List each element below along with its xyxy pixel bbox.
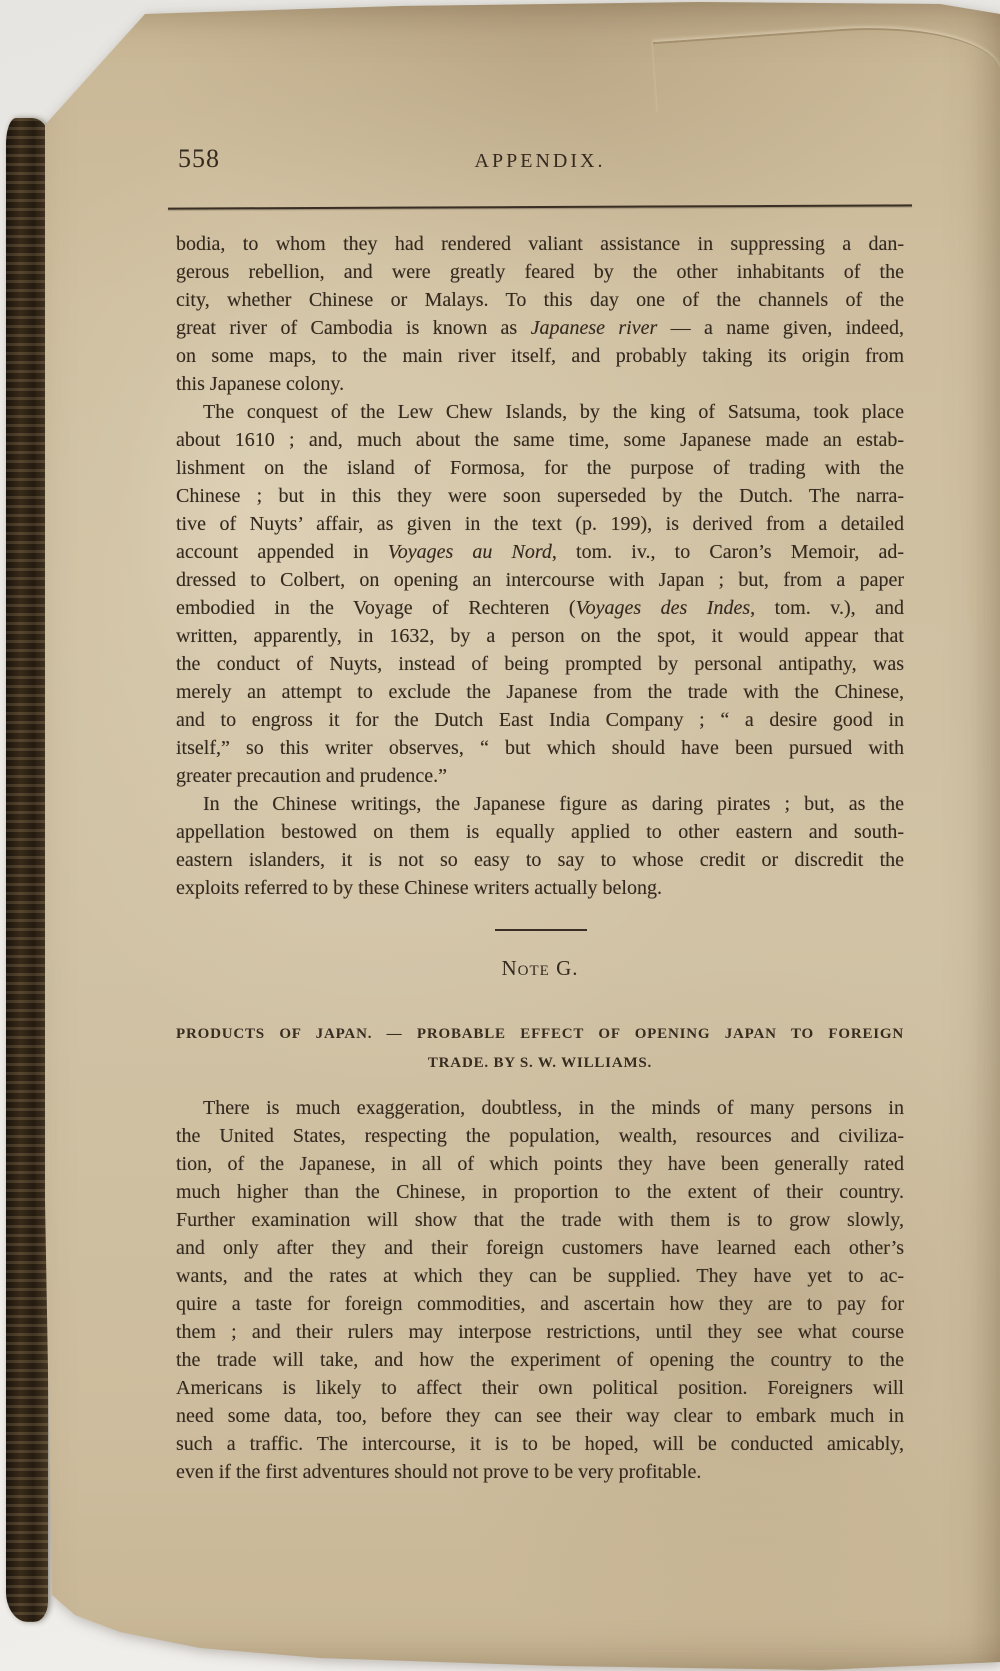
text-line: on some maps, to the main river itself, … bbox=[176, 342, 904, 370]
text-line: The conquest of the Lew Chew Islands, by… bbox=[176, 398, 904, 426]
text-line: even if the first adventures should not … bbox=[176, 1458, 904, 1486]
text-line: about 1610 ; and, much about the same ti… bbox=[176, 426, 904, 454]
paragraph: bodia, to whom they had rendered valiant… bbox=[176, 230, 904, 398]
scanned-page: 558 APPENDIX. bodia, to whom they had re… bbox=[0, 0, 1000, 1671]
text-line: gerous rebellion, and were greatly feare… bbox=[176, 258, 904, 286]
text-line: Chinese ; but in this they were soon sup… bbox=[176, 482, 904, 510]
text-line: much higher than the Chinese, in proport… bbox=[176, 1178, 904, 1206]
note-subheading-line: TRADE. BY S. W. WILLIAMS. bbox=[176, 1049, 904, 1078]
text-line: bodia, to whom they had rendered valiant… bbox=[176, 230, 904, 258]
text-line: In the Chinese writings, the Japanese fi… bbox=[176, 790, 904, 818]
corner-fold-crease bbox=[653, 18, 1000, 114]
text-line: exploits referred to by these Chinese wr… bbox=[176, 874, 904, 902]
text-line: greater precaution and prudence.” bbox=[176, 762, 904, 790]
text-line: written, apparently, in 1632, by a perso… bbox=[176, 622, 904, 650]
text-line: Further examination will show that the t… bbox=[176, 1206, 904, 1234]
text-line: such a traffic. The intercourse, it is t… bbox=[176, 1430, 904, 1458]
text-line: There is much exaggeration, doubtless, i… bbox=[176, 1094, 904, 1122]
text-line: need some data, too, before they can see… bbox=[176, 1402, 904, 1430]
text-line: this Japanese colony. bbox=[176, 370, 904, 398]
note-text-block: There is much exaggeration, doubtless, i… bbox=[176, 1094, 904, 1486]
text-line: the trade will take, and how the experim… bbox=[176, 1346, 904, 1374]
note-subheading: PRODUCTS OF JAPAN. — PROBABLE EFFECT OF … bbox=[176, 1020, 904, 1078]
text-line: merely an attempt to exclude the Japanes… bbox=[176, 678, 904, 706]
note-heading: Note G. bbox=[176, 956, 904, 981]
paragraph: In the Chinese writings, the Japanese fi… bbox=[176, 790, 904, 902]
text-line: them ; and their rulers may interpose re… bbox=[176, 1318, 904, 1346]
paragraph: The conquest of the Lew Chew Islands, by… bbox=[176, 398, 904, 790]
text-line: and only after they and their foreign cu… bbox=[176, 1234, 904, 1262]
text-line: tion, of the Japanese, in all of which p… bbox=[176, 1150, 904, 1178]
text-line: lishment on the island of Formosa, for t… bbox=[176, 454, 904, 482]
text-line: tive of Nuyts’ affair, as given in the t… bbox=[176, 510, 904, 538]
text-line: great river of Cambodia is known as Japa… bbox=[176, 314, 904, 342]
running-header: APPENDIX. bbox=[176, 150, 904, 173]
header-rule bbox=[168, 204, 912, 209]
text-line: wants, and the rates at which they can b… bbox=[176, 1262, 904, 1290]
text-line: account appended in Voyages au Nord, tom… bbox=[176, 538, 904, 566]
text-line: itself,” so this writer observes, “ but … bbox=[176, 734, 904, 762]
intro-text-block: bodia, to whom they had rendered valiant… bbox=[176, 230, 904, 902]
text-line: and to engross it for the Dutch East Ind… bbox=[176, 706, 904, 734]
text-line: appellation bestowed on them is equally … bbox=[176, 818, 904, 846]
text-line: city, whether Chinese or Malays. To this… bbox=[176, 286, 904, 314]
note-subheading-line: PRODUCTS OF JAPAN. — PROBABLE EFFECT OF … bbox=[176, 1020, 904, 1049]
text-line: eastern islanders, it is not so easy to … bbox=[176, 846, 904, 874]
text-line: the United States, respecting the popula… bbox=[176, 1122, 904, 1150]
text-line: embodied in the Voyage of Rechteren (Voy… bbox=[176, 594, 904, 622]
text-line: dressed to Colbert, on opening an interc… bbox=[176, 566, 904, 594]
scanned-page-wrap: 558 APPENDIX. bodia, to whom they had re… bbox=[0, 0, 1000, 1671]
text-line: quire a taste for foreign commodities, a… bbox=[176, 1290, 904, 1318]
text-line: the conduct of Nuyts, instead of being p… bbox=[176, 650, 904, 678]
section-divider bbox=[495, 929, 587, 931]
text-line: Americans is likely to affect their own … bbox=[176, 1374, 904, 1402]
paragraph: There is much exaggeration, doubtless, i… bbox=[176, 1094, 904, 1486]
